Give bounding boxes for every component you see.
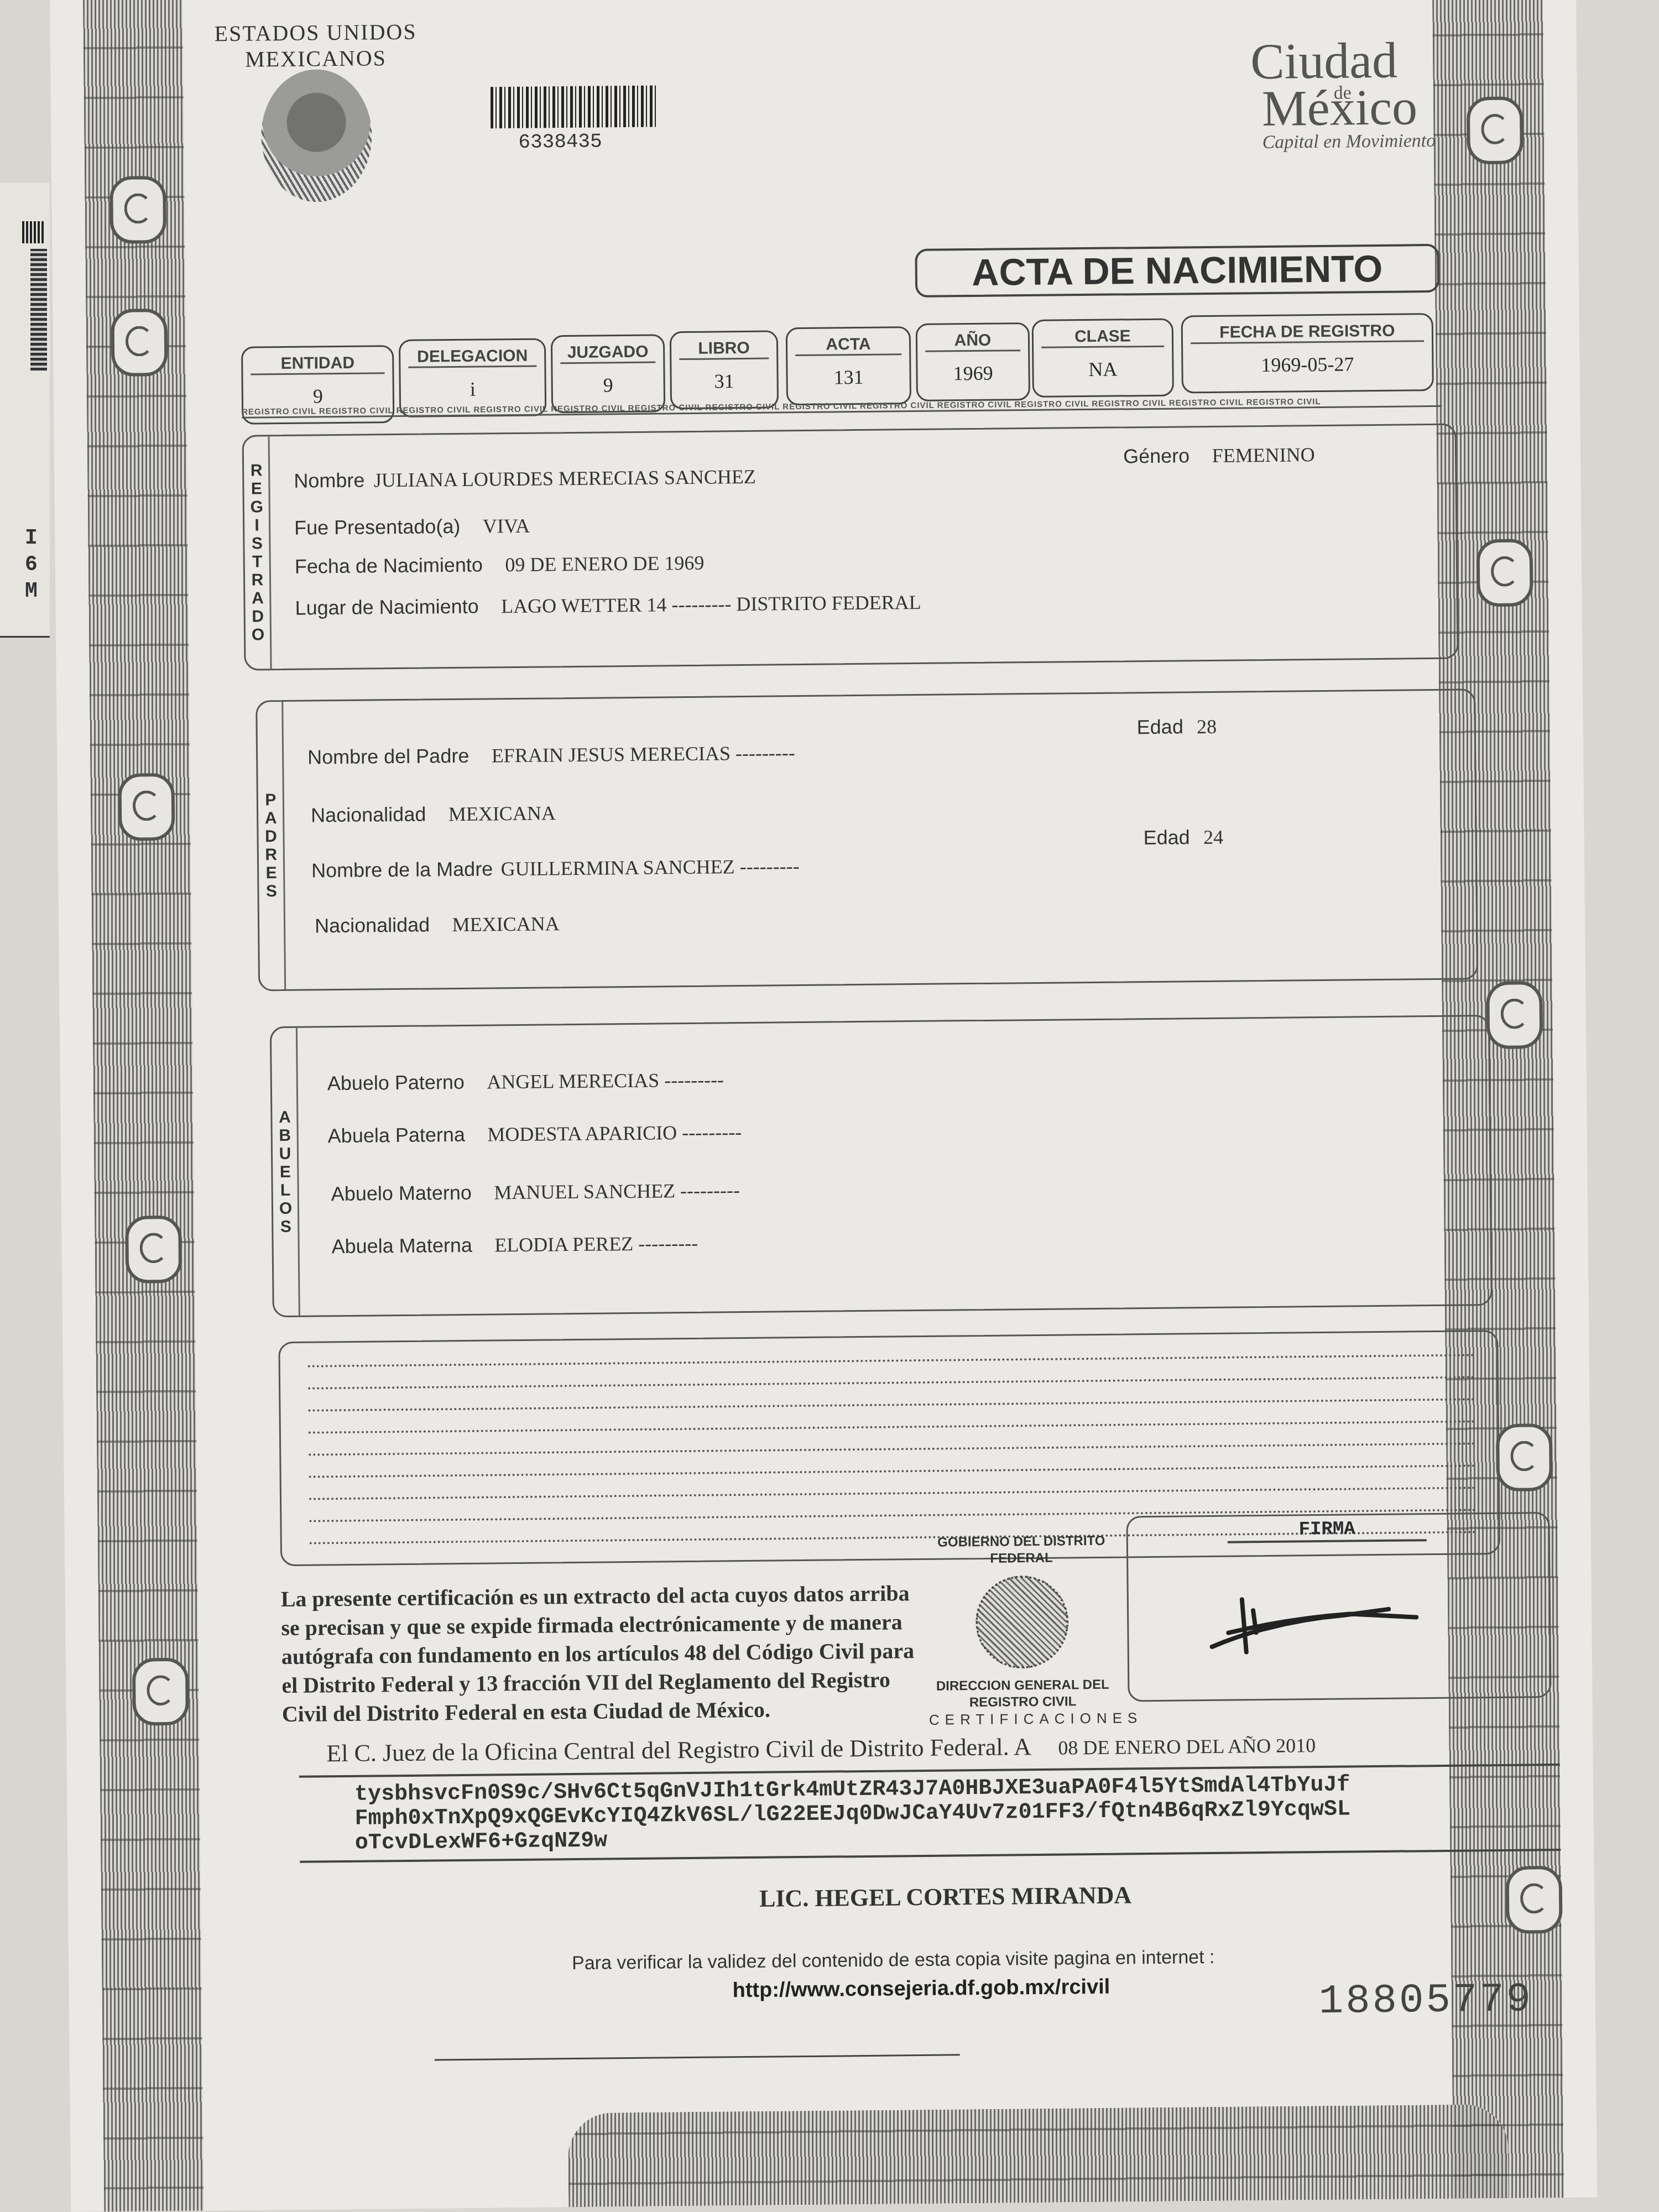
qr-fragment xyxy=(30,249,47,371)
electronic-signature-box: tysbhsvcFn0S9c/SHv6Ct5qGnVJIh1tGrk4mUtZR… xyxy=(299,1764,1561,1863)
national-seal: ESTADOS UNIDOS MEXICANOS xyxy=(210,19,422,226)
label-abuelo-paterno: Abuelo Paterno xyxy=(327,1071,465,1094)
cell-value: 9 xyxy=(243,384,393,409)
seal-text: ESTADOS UNIDOS MEXICANOS xyxy=(210,19,421,73)
value-fecha-nacimiento: 09 DE ENERO DE 1969 xyxy=(505,552,704,576)
barcode-number: 6338435 xyxy=(518,130,602,153)
section-abuelos: ABUELOS Abuelo Paterno ANGEL MERECIAS --… xyxy=(270,1015,1493,1317)
label-nombre: Nombre xyxy=(294,469,364,492)
stamp-top-text: GOBIERNO DEL DISTRITO FEDERAL xyxy=(927,1533,1116,1568)
label-abuela-paterna: Abuela Paterna xyxy=(328,1123,466,1147)
cell-value: 31 xyxy=(671,369,776,393)
certification-text: La presente certificación es un extracto… xyxy=(281,1579,924,1729)
registry-row: ENTIDAD 9 DELEGACION i JUZGADO 9 LIBRO 3… xyxy=(241,305,1442,416)
field-abuela-paterna: Abuela Paterna MODESTA APARICIO --------… xyxy=(328,1120,742,1147)
cdmx-logo: Ciudad de México Capital en Movimiento xyxy=(1250,36,1436,153)
issue-date: 08 DE ENERO DEL AÑO 2010 xyxy=(1058,1734,1316,1759)
folio-number: 18805779 xyxy=(1318,1976,1533,2025)
signature-icon xyxy=(1206,1592,1439,1655)
registry-cell-libro: LIBRO 31 xyxy=(670,330,779,409)
label-edad: Edad xyxy=(1137,715,1183,738)
value-madre-edad: 24 xyxy=(1203,826,1223,848)
cell-label: AÑO xyxy=(925,331,1020,352)
cell-label: ACTA xyxy=(795,335,901,356)
cell-label: CLASE xyxy=(1041,327,1164,348)
verify-text: Para verificar la validez del contenido … xyxy=(572,1947,1215,1974)
background-sheet-chars: I 6 M xyxy=(25,525,38,605)
border-swirl-icon xyxy=(125,1215,182,1284)
blank-line xyxy=(309,1420,1475,1433)
field-madre: Nombre de la Madre GUILLERMINA SANCHEZ -… xyxy=(311,854,800,882)
logo-line1: Ciudad xyxy=(1250,36,1435,85)
value-abuela-paterna: MODESTA APARICIO --------- xyxy=(487,1121,742,1145)
registry-cell-juzgado: JUZGADO 9 xyxy=(551,334,665,413)
officer-name: LIC. HEGEL CORTES MIRANDA xyxy=(759,1881,1132,1912)
blank-line xyxy=(309,1486,1476,1500)
cell-value: 1969-05-27 xyxy=(1183,352,1432,377)
stamp-bottom-text: DIRECCION GENERAL DEL REGISTRO CIVIL xyxy=(928,1677,1117,1712)
label-nacionalidad: Nacionalidad xyxy=(311,803,426,827)
stamp-certificaciones: CERTIFICACIONES xyxy=(929,1710,1117,1729)
blank-line xyxy=(309,1442,1475,1455)
verify-url[interactable]: http://www.consejeria.df.gob.mx/rcivil xyxy=(732,1975,1110,2003)
barcode-fragment xyxy=(22,221,44,243)
cell-value: 9 xyxy=(553,373,664,397)
char: 6 xyxy=(25,552,38,578)
logo-tagline: Capital en Movimiento xyxy=(1251,131,1436,153)
value-madre: GUILLERMINA SANCHEZ --------- xyxy=(501,855,800,880)
section-label-abuelos: ABUELOS xyxy=(272,1028,300,1316)
cell-value: 1969 xyxy=(917,361,1028,385)
label-padre: Nombre del Padre xyxy=(307,744,469,769)
cell-label: FECHA DE REGISTRO xyxy=(1191,321,1424,344)
blank-line xyxy=(308,1376,1475,1389)
value-abuelo-materno: MANUEL SANCHEZ --------- xyxy=(494,1179,740,1203)
barcode xyxy=(491,85,657,128)
label-genero: Género xyxy=(1123,444,1190,467)
cell-value: i xyxy=(401,377,545,401)
signature-line xyxy=(435,2054,960,2060)
cell-value: 131 xyxy=(787,365,909,389)
section-label-padres: PADRES xyxy=(257,702,286,989)
value-abuela-materna: ELODIA PEREZ --------- xyxy=(494,1232,698,1256)
field-padre-nacionalidad: Nacionalidad MEXICANA xyxy=(311,801,556,827)
label-madre: Nombre de la Madre xyxy=(311,857,493,881)
juez-line: El C. Juez de la Oficina Central del Reg… xyxy=(326,1730,1316,1767)
field-abuelo-paterno: Abuelo Paterno ANGEL MERECIAS --------- xyxy=(327,1068,724,1095)
blank-line xyxy=(308,1398,1475,1411)
cell-label: LIBRO xyxy=(679,339,769,361)
label-presentado: Fue Presentado(a) xyxy=(294,515,461,539)
registry-cell-acta: ACTA 131 xyxy=(786,326,911,405)
vertical-label: PADRES xyxy=(260,791,282,900)
field-padre: Nombre del Padre EFRAIN JESUS MERECIAS -… xyxy=(307,741,795,769)
value-padre-edad: 28 xyxy=(1197,716,1217,738)
border-swirl-icon xyxy=(1476,539,1533,607)
field-presentado: Fue Presentado(a) VIVA xyxy=(294,514,530,540)
border-swirl-icon xyxy=(118,773,175,841)
border-swirl-icon xyxy=(1496,1423,1553,1491)
border-swirl-icon xyxy=(1506,1866,1563,1934)
logo-de: de xyxy=(1334,82,1352,103)
stamp-seal-icon xyxy=(975,1575,1069,1669)
document-title-box: ACTA DE NACIMIENTO xyxy=(915,244,1439,298)
field-madre-nacionalidad: Nacionalidad MEXICANA xyxy=(315,912,560,937)
cell-label: DELEGACION xyxy=(408,347,536,368)
char: M xyxy=(25,578,38,605)
border-swirl-icon xyxy=(111,309,168,377)
label-nacionalidad: Nacionalidad xyxy=(315,913,430,937)
vertical-label: ABUELOS xyxy=(274,1108,296,1235)
label-edad: Edad xyxy=(1143,826,1190,849)
field-madre-edad: Edad 24 xyxy=(1143,826,1223,849)
value-presentado: VIVA xyxy=(483,515,530,538)
label-lugar-nacimiento: Lugar de Nacimiento xyxy=(295,595,479,619)
ornamental-border-bottom xyxy=(568,2104,1509,2207)
label-abuela-materna: Abuela Materna xyxy=(331,1234,472,1258)
registry-cell-ano: AÑO 1969 xyxy=(916,322,1030,401)
border-swirl-icon xyxy=(1486,981,1543,1049)
cell-value: NA xyxy=(1034,357,1172,382)
border-swirl-icon xyxy=(109,176,166,244)
section-label-registrado: REGISTRADO xyxy=(244,436,272,669)
value-madre-nacionalidad: MEXICANA xyxy=(452,912,560,936)
value-nombre: JULIANA LOURDES MERECIAS SANCHEZ xyxy=(374,466,756,492)
signature-box: FIRMA xyxy=(1126,1512,1551,1702)
section-registrado: REGISTRADO Nombre JULIANA LOURDES MERECI… xyxy=(242,424,1459,671)
electronic-signature-hash: tysbhsvcFn0S9c/SHv6Ct5qGnVJIh1tGrk4mUtZR… xyxy=(354,1773,1350,1856)
field-fecha-nacimiento: Fecha de Nacimiento 09 DE ENERO DE 1969 xyxy=(295,551,705,578)
field-padre-edad: Edad 28 xyxy=(1137,715,1217,739)
value-abuelo-paterno: ANGEL MERECIAS --------- xyxy=(487,1068,724,1093)
char: I xyxy=(25,525,38,552)
field-abuela-materna: Abuela Materna ELODIA PEREZ --------- xyxy=(331,1232,698,1258)
registry-cell-clase: CLASE NA xyxy=(1032,319,1174,398)
field-abuelo-materno: Abuelo Materno MANUEL SANCHEZ --------- xyxy=(331,1178,740,1206)
official-stamp: GOBIERNO DEL DISTRITO FEDERAL DIRECCION … xyxy=(927,1533,1117,1729)
value-lugar-nacimiento: LAGO WETTER 14 --------- DISTRITO FEDERA… xyxy=(501,591,921,617)
field-genero: Género FEMENINO xyxy=(1123,443,1315,468)
registry-cell-fecha-registro: FECHA DE REGISTRO 1969-05-27 xyxy=(1181,313,1434,393)
cell-label: JUZGADO xyxy=(560,343,655,364)
juez-text: El C. Juez de la Oficina Central del Reg… xyxy=(326,1733,1030,1767)
cell-label: ENTIDAD xyxy=(251,353,384,375)
border-swirl-icon xyxy=(1467,96,1524,164)
label-abuelo-materno: Abuelo Materno xyxy=(331,1181,472,1205)
field-lugar-nacimiento: Lugar de Nacimiento LAGO WETTER 14 -----… xyxy=(295,591,921,620)
firma-label: FIRMA xyxy=(1227,1518,1426,1543)
blank-line xyxy=(308,1354,1475,1367)
field-nombre: Nombre JULIANA LOURDES MERECIAS SANCHEZ xyxy=(294,465,756,493)
eagle-emblem-icon xyxy=(260,69,372,202)
vertical-label: REGISTRADO xyxy=(246,461,268,644)
value-padre-nacionalidad: MEXICANA xyxy=(448,802,556,825)
document-title: ACTA DE NACIMIENTO xyxy=(972,248,1383,294)
border-swirl-icon xyxy=(132,1658,189,1726)
value-padre: EFRAIN JESUS MERECIAS --------- xyxy=(492,742,795,766)
background-sheet: I 6 M xyxy=(0,182,50,638)
section-padres: PADRES Nombre del Padre EFRAIN JESUS MER… xyxy=(255,688,1478,991)
value-genero: FEMENINO xyxy=(1212,444,1314,467)
blank-line xyxy=(309,1464,1476,1478)
birth-certificate: ESTADOS UNIDOS MEXICANOS 6338435 Ciudad … xyxy=(50,0,1597,2212)
label-fecha-nacimiento: Fecha de Nacimiento xyxy=(295,554,483,578)
